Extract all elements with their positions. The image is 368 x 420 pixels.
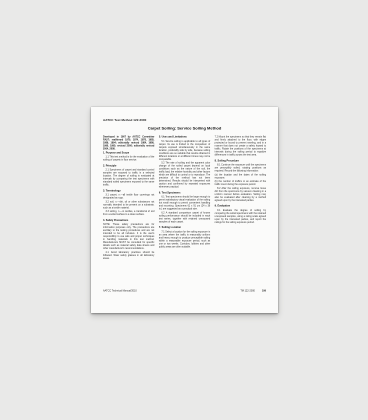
page-title: Carpet Soiling: Service Soiling Method [103, 126, 266, 131]
column-3: 7.2 Mount the specimens so that they rem… [215, 136, 266, 286]
section-heading: 4. Safety Precautions [103, 219, 154, 222]
footer-right-group: TM 122-2000 199 [240, 290, 266, 293]
paragraph: 2.1 Specimens of carpet and standard con… [103, 169, 154, 187]
paragraph: 7.1 Select a location for the soiling ex… [159, 230, 210, 248]
paragraph: 6.1 Test specimens should be large enoug… [159, 196, 210, 211]
document-page: AATCC Test Method 122-2000 Carpet Soilin… [91, 107, 278, 313]
page-footer: AATCC Technical Manual/2010 TM 122-2000 … [103, 290, 266, 293]
paragraph: 6.2 A standard comparison carpet of know… [159, 211, 210, 223]
footer-manual-label: AATCC Technical Manual/2010 [103, 290, 137, 293]
paragraph: 7.2 Mount the specimens so that they rem… [215, 136, 266, 157]
paragraph: (a) the location and the dates of the so… [215, 173, 266, 179]
paragraph: (b) the number of traffics or an estimat… [215, 180, 266, 186]
section-heading: 3. Terminology [103, 189, 154, 192]
scan-background: { "colors": { "canvas_background": "#e9e… [0, 0, 368, 420]
section-heading: 7. Soiling Location [159, 226, 210, 229]
paragraph: 3.1 carpet, n.—all textile floor coverin… [103, 194, 154, 200]
paragraph: 5.1 Service soiling is applicable to all… [159, 140, 210, 161]
paragraph: 8.1 Continue the exposure until the spec… [215, 164, 266, 173]
history-paragraph: Developed in 1967 by AATCC Committee RA5… [103, 136, 154, 151]
paragraph: 1.1 This test method is for the evaluati… [103, 156, 154, 162]
paragraph: NOTE: These safety precautions are for i… [103, 223, 154, 250]
columns: Developed in 1967 by AATCC Committee RA5… [103, 136, 266, 286]
column-1: Developed in 1967 by AATCC Committee RA5… [103, 136, 154, 286]
paragraph: 3.3 soiling, n.—in textiles, a transferr… [103, 210, 154, 216]
section-heading: 5. Uses and Limitations [159, 136, 210, 139]
footer-method-label: TM 122-2000 [240, 290, 255, 293]
page-content: AATCC Test Method 122-2000 Carpet Soilin… [91, 107, 278, 313]
paragraph: 8.2 After the soiling exposure, remove l… [215, 187, 266, 202]
section-heading: 2. Principle [103, 164, 154, 167]
section-heading: 8. Soiling Procedure [215, 159, 266, 162]
paragraph: 3.2 soil, n.—dirt, oil or other substanc… [103, 200, 154, 209]
section-heading: 9. Evaluation [215, 205, 266, 208]
section-heading: 6. Test Specimens [159, 191, 210, 194]
column-2: 5. Uses and Limitations5.1 Service soili… [159, 136, 210, 286]
paragraph: 9.1 Evaluate the degree of soiling by co… [215, 209, 266, 224]
footer-page-number: 199 [262, 290, 266, 293]
method-number-heading: AATCC Test Method 122-2000 [103, 119, 266, 122]
paragraph: 4.1 Good laboratory practices should be … [103, 251, 154, 260]
section-heading: 1. Purpose and Scope [103, 151, 154, 154]
paragraph: 5.2 The rate of soiling and the apparent… [159, 162, 210, 189]
